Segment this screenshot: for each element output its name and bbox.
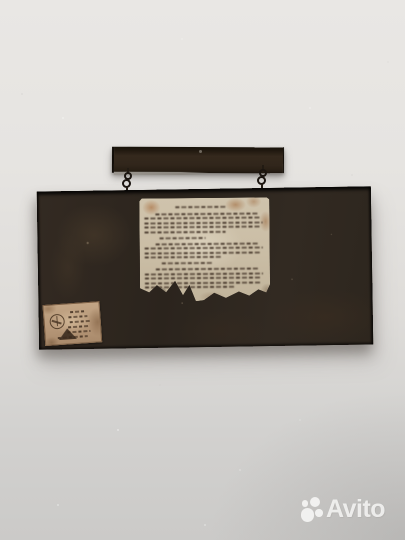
text-line bbox=[155, 268, 259, 271]
text-line bbox=[176, 206, 228, 209]
logo-dot bbox=[301, 508, 315, 522]
text-line bbox=[70, 310, 84, 313]
avito-watermark: Avito bbox=[299, 495, 385, 523]
text-line bbox=[145, 251, 262, 254]
text-line bbox=[70, 320, 91, 323]
text-line bbox=[145, 230, 226, 233]
text-line bbox=[162, 262, 214, 265]
text-line bbox=[145, 281, 259, 284]
text-line bbox=[155, 212, 259, 215]
text-line bbox=[145, 221, 263, 224]
text-line bbox=[145, 272, 263, 275]
text-line bbox=[145, 246, 263, 249]
text-line bbox=[145, 217, 262, 220]
text-line bbox=[145, 226, 261, 229]
text-line bbox=[155, 242, 259, 245]
text-line bbox=[67, 330, 90, 333]
logo-dot bbox=[310, 497, 320, 507]
text-line bbox=[145, 256, 220, 259]
text-line bbox=[68, 325, 90, 328]
right-chain-links bbox=[256, 168, 268, 190]
small-label-lines bbox=[44, 302, 99, 306]
small-paper-label bbox=[43, 301, 103, 346]
round-stamp-icon bbox=[49, 314, 65, 330]
hanging-bar-hole bbox=[199, 150, 202, 153]
main-paper-label bbox=[139, 197, 270, 301]
avito-logo-icon bbox=[299, 495, 324, 523]
text-line bbox=[145, 277, 262, 280]
main-label-lines bbox=[139, 197, 269, 198]
text-line bbox=[69, 315, 88, 318]
plaque-board-back bbox=[37, 186, 373, 349]
text-line bbox=[145, 286, 236, 289]
logo-dot bbox=[302, 500, 309, 507]
photo-background-wall: Avito bbox=[0, 0, 405, 540]
logo-dot bbox=[315, 509, 323, 517]
watermark-brand-text: Avito bbox=[326, 496, 385, 522]
text-line bbox=[159, 236, 206, 239]
